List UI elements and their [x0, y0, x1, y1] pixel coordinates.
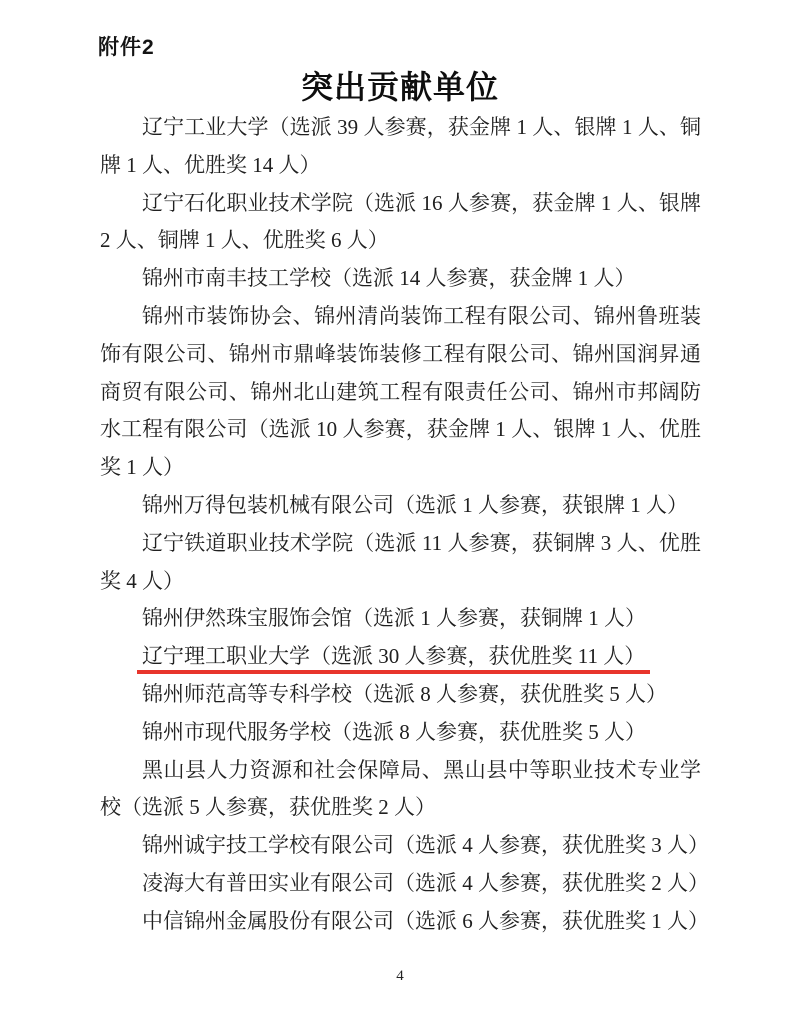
- document-entry-text: 锦州市南丰技工学校（选派 14 人参赛，获金牌 1 人）: [142, 266, 636, 290]
- document-entry-text: 辽宁工业大学（选派 39 人参赛，获金牌 1 人、银牌 1 人、铜牌 1 人、优…: [100, 115, 701, 177]
- document-entry-text: 锦州市现代服务学校（选派 8 人参赛，获优胜奖 5 人）: [142, 720, 646, 744]
- document-entry-text: 锦州师范高等专科学校（选派 8 人参赛，获优胜奖 5 人）: [142, 682, 667, 706]
- document-entry-text: 锦州伊然珠宝服饰会馆（选派 1 人参赛，获铜牌 1 人）: [142, 606, 646, 630]
- document-entry: 锦州市现代服务学校（选派 8 人参赛，获优胜奖 5 人）: [100, 714, 701, 752]
- document-entry-text: 锦州万得包装机械有限公司（选派 1 人参赛，获银牌 1 人）: [142, 493, 688, 517]
- document-entry: 辽宁石化职业技术学院（选派 16 人参赛，获金牌 1 人、银牌 2 人、铜牌 1…: [100, 185, 701, 261]
- document-entry: 锦州师范高等专科学校（选派 8 人参赛，获优胜奖 5 人）: [100, 676, 701, 714]
- page-title: 突出贡献单位: [0, 62, 800, 108]
- document-entry: 辽宁理工职业大学（选派 30 人参赛，获优胜奖 11 人）: [100, 638, 701, 676]
- document-entry: 锦州市南丰技工学校（选派 14 人参赛，获金牌 1 人）: [100, 260, 701, 298]
- document-entry-text: 辽宁石化职业技术学院（选派 16 人参赛，获金牌 1 人、银牌 2 人、铜牌 1…: [100, 191, 701, 253]
- document-entry: 锦州万得包装机械有限公司（选派 1 人参赛，获银牌 1 人）: [100, 487, 701, 525]
- highlight-underline: 辽宁理工职业大学（选派 30 人参赛，获优胜奖 11 人）: [137, 644, 650, 674]
- document-entry-text: 黑山县人力资源和社会保障局、黑山县中等职业技术专业学校（选派 5 人参赛，获优胜…: [100, 758, 701, 820]
- document-entry: 锦州市装饰协会、锦州清尚装饰工程有限公司、锦州鲁班装饰有限公司、锦州市鼎峰装饰装…: [100, 298, 701, 487]
- document-entry: 凌海大有普田实业有限公司（选派 4 人参赛，获优胜奖 2 人）: [100, 865, 701, 903]
- document-entry: 锦州伊然珠宝服饰会馆（选派 1 人参赛，获铜牌 1 人）: [100, 600, 701, 638]
- document-entry-text: 锦州诚宇技工学校有限公司（选派 4 人参赛，获优胜奖 3 人）: [142, 833, 709, 857]
- document-entry: 辽宁工业大学（选派 39 人参赛，获金牌 1 人、银牌 1 人、铜牌 1 人、优…: [100, 109, 701, 185]
- document-entry-text: 辽宁铁道职业技术学院（选派 11 人参赛，获铜牌 3 人、优胜奖 4 人）: [100, 531, 701, 593]
- attachment-label: 附件2: [98, 31, 155, 61]
- document-entry: 辽宁铁道职业技术学院（选派 11 人参赛，获铜牌 3 人、优胜奖 4 人）: [100, 525, 701, 601]
- document-entry-text: 锦州市装饰协会、锦州清尚装饰工程有限公司、锦州鲁班装饰有限公司、锦州市鼎峰装饰装…: [100, 304, 701, 479]
- document-entry: 锦州诚宇技工学校有限公司（选派 4 人参赛，获优胜奖 3 人）: [100, 827, 701, 865]
- document-entry: 黑山县人力资源和社会保障局、黑山县中等职业技术专业学校（选派 5 人参赛，获优胜…: [100, 752, 701, 828]
- document-entry: 中信锦州金属股份有限公司（选派 6 人参赛，获优胜奖 1 人）: [100, 903, 701, 941]
- page-number: 4: [0, 968, 800, 985]
- document-entry-text: 中信锦州金属股份有限公司（选派 6 人参赛，获优胜奖 1 人）: [142, 909, 709, 933]
- document-entry-text: 凌海大有普田实业有限公司（选派 4 人参赛，获优胜奖 2 人）: [142, 871, 709, 895]
- document-page: 附件2 突出贡献单位 辽宁工业大学（选派 39 人参赛，获金牌 1 人、银牌 1…: [0, 0, 800, 1021]
- document-entries: 辽宁工业大学（选派 39 人参赛，获金牌 1 人、银牌 1 人、铜牌 1 人、优…: [100, 109, 701, 941]
